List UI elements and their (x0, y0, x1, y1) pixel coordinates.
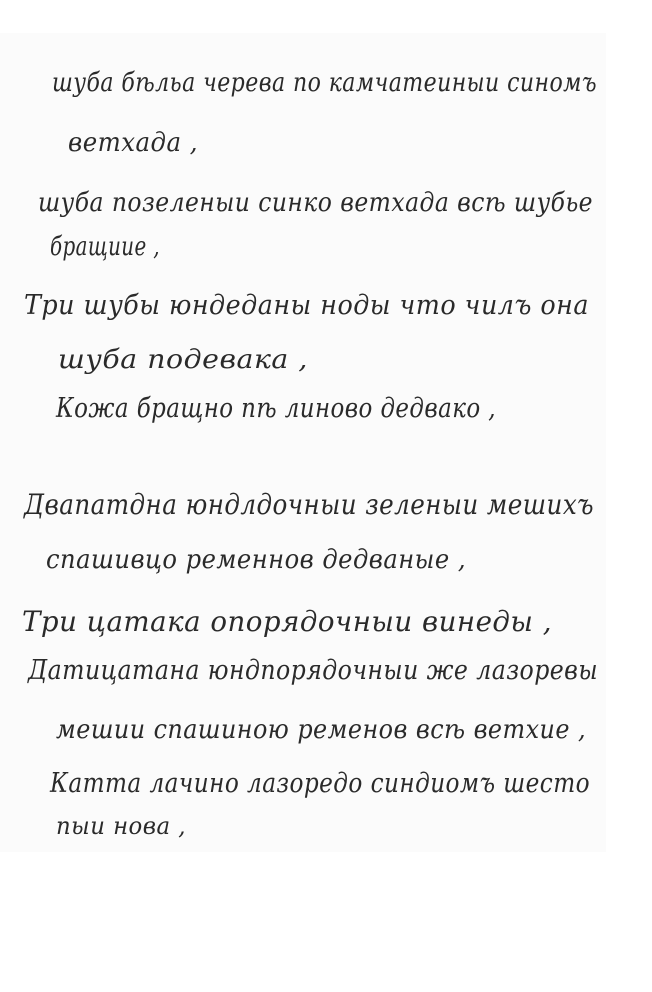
manuscript-line-10: Три цатака опорядочныи винеды , (22, 605, 552, 638)
manuscript-line-8: Двапатдна юндлдочныи зеленыи мешихъ (24, 488, 594, 521)
manuscript-line-3: шуба позеленыи синко ветхада всѣ шубье (38, 188, 593, 218)
manuscript-line-14: пыи нова , (56, 812, 186, 840)
manuscript-line-2: ветхада , (68, 128, 198, 158)
manuscript-line-9: спашивцо ременнов дедваные , (46, 545, 466, 575)
manuscript-line-7: Кожа бращно пѣ линово дедвако , (56, 393, 496, 424)
manuscript-line-12: мешии спашиною ременов всѣ ветхие , (56, 715, 586, 745)
manuscript-line-6: шуба подевака , (58, 345, 308, 375)
manuscript-line-11: Датицатана юндпорядочныи же лазоревы (28, 655, 598, 686)
manuscript-line-13: Катта лачино лазоредо синдиомъ шесто (50, 768, 590, 799)
manuscript-line-5: Три шубы юндеданы ноды что чилъ она (24, 290, 589, 321)
manuscript-line-1: шуба бѣльа черева по камчатеиныи синомъ (52, 68, 597, 98)
manuscript-line-4: бращиие , (50, 232, 160, 262)
